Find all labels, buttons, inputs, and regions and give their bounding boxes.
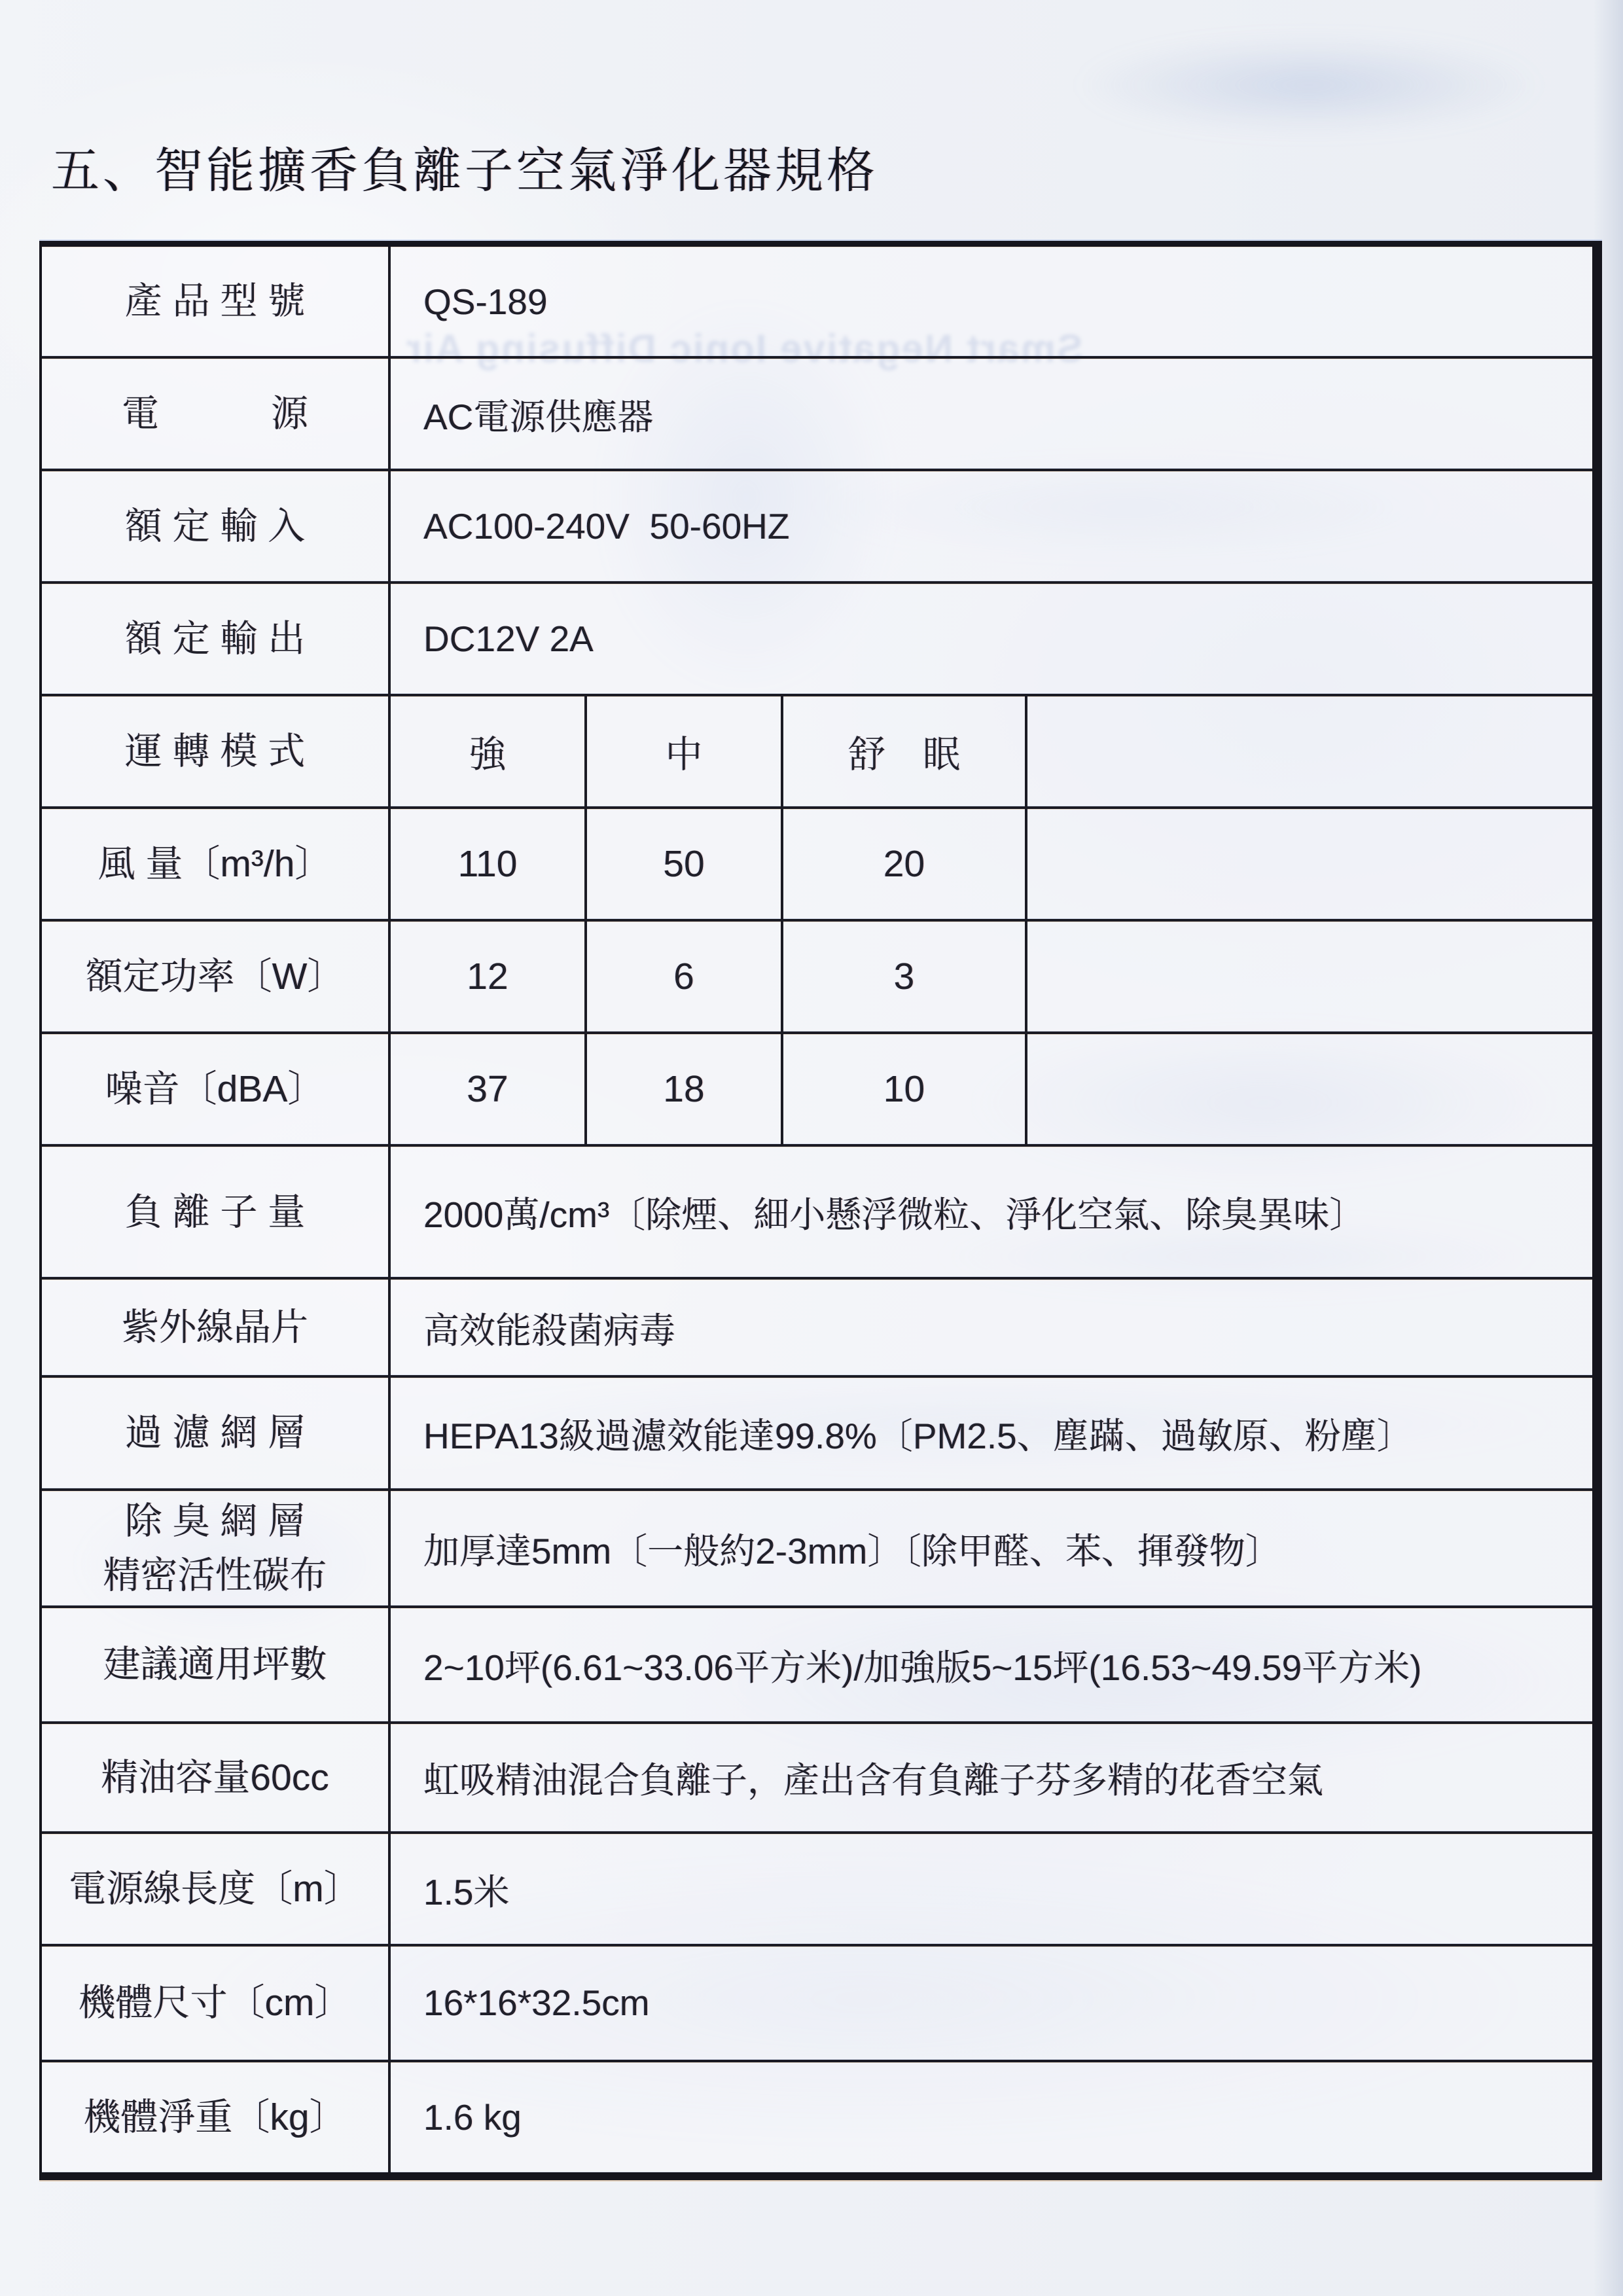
row-label: 機體尺寸〔cm〕	[42, 1946, 391, 2060]
air-volume-strong: 110	[391, 809, 587, 919]
table-row-coverage-area: 建議適用坪數 2~10坪(6.61~33.06平方米)/加強版5~15坪(16.…	[42, 1605, 1592, 1721]
row-label: 負 離 子 量	[42, 1147, 391, 1277]
row-label: 產 品 型 號	[42, 247, 391, 356]
table-row-product-model: 產 品 型 號 QS-189	[42, 247, 1592, 356]
table-row-body-size: 機體尺寸〔cm〕 16*16*32.5cm	[42, 1944, 1592, 2060]
row-value: 2~10坪(6.61~33.06平方米)/加強版5~15坪(16.53~49.5…	[391, 1608, 1592, 1721]
rated-power-medium: 6	[587, 922, 783, 1031]
row-value: 16*16*32.5cm	[391, 1946, 1592, 2060]
bleed-smudge	[1073, 36, 1544, 134]
row-label: 機體淨重〔kg〕	[42, 2062, 391, 2172]
row-value: 虹吸精油混合負離子，產出含有負離子芬多精的花香空氣	[391, 1724, 1592, 1831]
row-value: 2000萬/cm³〔除煙、細小懸浮微粒、淨化空氣、除臭異味〕	[391, 1147, 1592, 1277]
table-row-essential-oil: 精油容量60cc 虹吸精油混合負離子，產出含有負離子芬多精的花香空氣	[42, 1721, 1592, 1831]
noise-sleep: 10	[783, 1034, 1027, 1144]
table-row-power-source: 電 源 AC電源供應器	[42, 356, 1592, 469]
mode-cell-strong: 強	[391, 696, 587, 806]
row-label: 電源線長度〔m〕	[42, 1834, 391, 1944]
table-row-negative-ion: 負 離 子 量 2000萬/cm³〔除煙、細小懸浮微粒、淨化空氣、除臭異味〕	[42, 1144, 1592, 1277]
row-label: 額 定 輸 入	[42, 471, 391, 581]
table-row-uv-chip: 紫外線晶片 高效能殺菌病毒	[42, 1277, 1592, 1375]
table-row-rated-output: 額 定 輸 出 DC12V 2A	[42, 581, 1592, 694]
spec-table: 產 品 型 號 QS-189 電 源 AC電源供應器 額 定 輸 入 AC100…	[39, 241, 1602, 2180]
noise-strong: 37	[391, 1034, 587, 1144]
row-label: 額 定 輸 出	[42, 584, 391, 694]
row-label: 紫外線晶片	[42, 1280, 391, 1375]
rated-power-sleep: 3	[783, 922, 1027, 1031]
table-row-operation-mode: 運 轉 模 式 強 中 舒 眠	[42, 694, 1592, 806]
table-row-rated-power: 額定功率〔W〕 12 6 3	[42, 919, 1592, 1031]
row-label: 電 源	[42, 359, 391, 469]
row-value: HEPA13級過濾效能達99.8%〔PM2.5、塵蹣、過敏原、粉塵〕	[391, 1378, 1592, 1488]
mode-cell-sleep: 舒 眠	[783, 696, 1027, 806]
row-value: 高效能殺菌病毒	[391, 1280, 1592, 1375]
noise-empty	[1027, 1034, 1592, 1144]
rated-power-empty	[1027, 922, 1592, 1031]
page-title: 五、智能擴香負離子空氣淨化器規格	[51, 132, 878, 202]
table-row-rated-input: 額 定 輸 入 AC100-240V 50-60HZ	[42, 469, 1592, 581]
row-value: AC電源供應器	[391, 359, 1592, 469]
row-label: 過 濾 網 層	[42, 1378, 391, 1488]
table-row-cord-length: 電源線長度〔m〕 1.5米	[42, 1831, 1592, 1944]
row-label: 噪音〔dBA〕	[42, 1034, 391, 1144]
row-label: 精油容量60cc	[42, 1724, 391, 1831]
mode-cell-empty	[1027, 696, 1592, 806]
row-value: 1.5米	[391, 1834, 1592, 1944]
mode-cell-medium: 中	[587, 696, 783, 806]
table-row-noise: 噪音〔dBA〕 37 18 10	[42, 1031, 1592, 1144]
row-label-line1: 除 臭 網 層	[125, 1494, 306, 1549]
air-volume-sleep: 20	[783, 809, 1027, 919]
noise-medium: 18	[587, 1034, 783, 1144]
rated-power-strong: 12	[391, 922, 587, 1031]
row-value: AC100-240V 50-60HZ	[391, 471, 1592, 581]
row-value: QS-189	[391, 247, 1592, 356]
row-value: DC12V 2A	[391, 584, 1592, 694]
table-row-net-weight: 機體淨重〔kg〕 1.6 kg	[42, 2060, 1592, 2172]
row-value: 1.6 kg	[391, 2062, 1592, 2172]
air-volume-medium: 50	[587, 809, 783, 919]
table-row-filter-layer: 過 濾 網 層 HEPA13級過濾效能達99.8%〔PM2.5、塵蹣、過敏原、粉…	[42, 1375, 1592, 1488]
air-volume-empty	[1027, 809, 1592, 919]
row-label: 額定功率〔W〕	[42, 922, 391, 1031]
table-row-deodorant-layer: 除 臭 網 層精密活性碳布 加厚達5mm〔一般約2-3mm〕〔除甲醛、苯、揮發物…	[42, 1488, 1592, 1605]
row-label: 除 臭 網 層精密活性碳布	[42, 1491, 391, 1605]
row-label-line2: 精密活性碳布	[103, 1549, 327, 1603]
table-row-air-volume: 風 量〔m³/h〕 110 50 20	[42, 806, 1592, 919]
row-label: 風 量〔m³/h〕	[42, 809, 391, 919]
row-label: 運 轉 模 式	[42, 696, 391, 806]
row-label: 建議適用坪數	[42, 1608, 391, 1721]
row-value: 加厚達5mm〔一般約2-3mm〕〔除甲醛、苯、揮發物〕	[391, 1491, 1592, 1605]
